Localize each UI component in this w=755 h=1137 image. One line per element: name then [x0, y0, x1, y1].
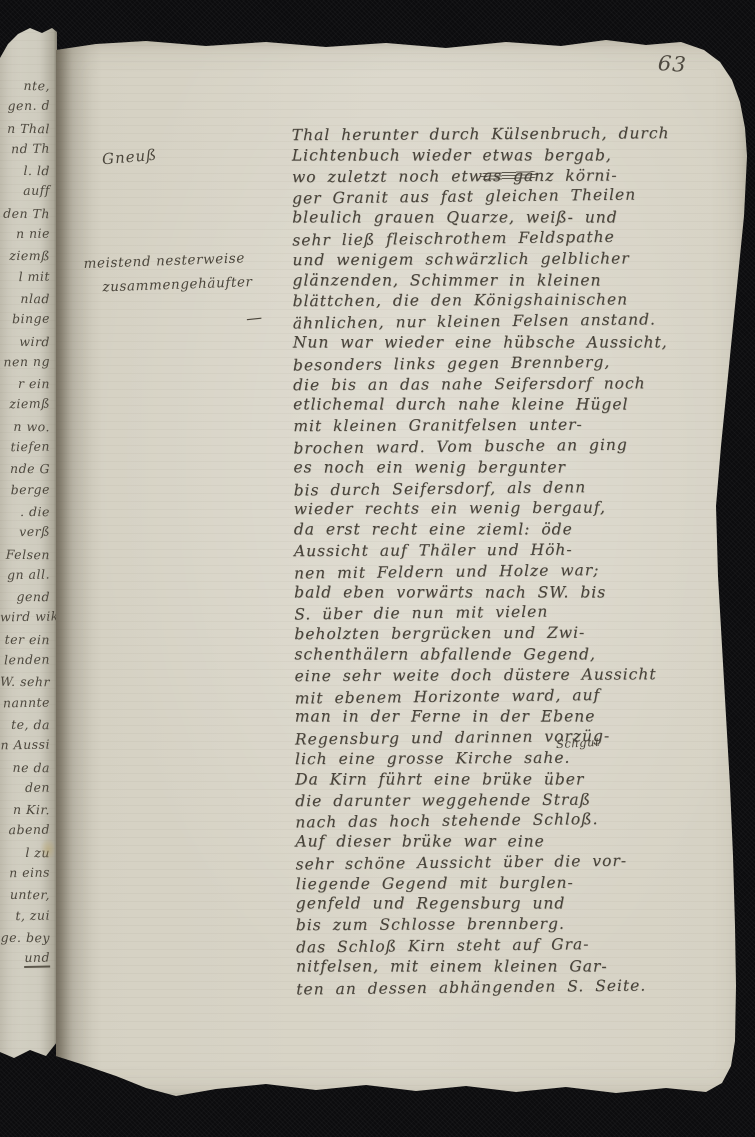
facing-page-fragment: n eins — [0, 862, 50, 884]
scanned-manuscript-photo: { "colors": { "background": "#0c0c0e", "… — [0, 0, 755, 1137]
manuscript-line: etlichemal durch nahe kleine Hügel — [293, 395, 737, 416]
manuscript-line: mit ebenem Horizonte ward, auf — [295, 683, 739, 709]
facing-page-fragment: nen ng — [0, 350, 50, 372]
manuscript-text-block: Thal herunter durch Külsenbruch, durchLi… — [292, 123, 741, 999]
manuscript-line: Thal herunter durch Külsenbruch, durch — [292, 123, 736, 146]
facing-page-fragment: Felsen — [0, 543, 50, 565]
margin-note-gneiss: Gneuß — [101, 146, 158, 169]
facing-page-fragment: abend — [0, 819, 50, 841]
facing-page-fragment: nlad — [0, 288, 50, 310]
manuscript-line: glänzenden, Schimmer in kleinen — [293, 270, 737, 291]
gutter-shadow — [56, 36, 102, 1102]
facing-page-fragment: l mit — [0, 265, 50, 287]
facing-page-fragment: berge — [0, 478, 50, 500]
margin-note-mica: meistend nesterweise zusammengehäufter — [83, 244, 315, 300]
facing-page-line-fragments: nte,gen. dn Thalnd Thl. ldauffden Thn ni… — [0, 74, 50, 968]
facing-page-fragment: den — [0, 776, 50, 798]
manuscript-line: die bis an das nahe Seifersdorf noch — [293, 372, 737, 395]
manuscript-line: und wenigem schwärzlich gelblicher — [292, 248, 736, 271]
folio-number: 63 — [657, 51, 687, 77]
manuscript-line: eine sehr weite doch düstere Aussicht — [295, 664, 739, 687]
facing-page-fragment: l. ld — [0, 160, 50, 182]
facing-page-fragment: gen. d — [0, 95, 50, 117]
manuscript-line: liegende Gegend mit burglen- — [296, 872, 740, 895]
manuscript-line: ger Granit aus fast gleichen Theilen — [292, 184, 736, 210]
manuscript-line: brochen ward. Vom busche an ging — [293, 433, 737, 459]
manuscript-line: wieder rechts ein wenig bergauf, — [294, 497, 738, 520]
facing-page-fragment: gend — [0, 586, 50, 608]
manuscript-line: Da Kirn führt eine brüke über — [295, 769, 739, 790]
manuscript-line: Nun war wieder eine hübsche Aussicht, — [293, 332, 737, 353]
manuscript-line: da erst recht eine zieml: öde — [294, 520, 738, 541]
margin-note-line: meistend nesterweise — [83, 250, 245, 272]
interlinear-insertion: Schgut — [556, 735, 601, 751]
manuscript-line: es noch ein wenig bergunter — [294, 457, 738, 478]
facing-page-fragment: nte, — [0, 75, 50, 97]
facing-page-fragment: den Th — [0, 203, 50, 225]
facing-page-fragment: n Kir. — [0, 799, 50, 821]
manuscript-line: nach das hoch stehende Schloß. — [295, 808, 739, 834]
manuscript-page: 63 Gneuß meistend nesterweise zusammenge… — [56, 36, 748, 1102]
facing-page-fragment: t, zui — [0, 904, 50, 926]
manuscript-line: bis durch Seifersdorf, als denn — [294, 475, 738, 501]
facing-page-fragment: gn all. — [0, 563, 50, 585]
facing-page-fragment: ge. bey — [0, 927, 50, 949]
facing-page-fragment: n Aussi — [0, 734, 50, 756]
manuscript-line: schenthälern abfallende Gegend, — [294, 644, 738, 665]
manuscript-line: beholzten bergrücken und Zwi- — [294, 622, 738, 645]
manuscript-line: ähnlichen, nur kleinen Felsen anstand. — [293, 309, 737, 335]
facing-page-fragment: ziemß — [0, 393, 50, 415]
margin-note-line: zusammengehäufter — [84, 268, 315, 300]
facing-page-fragment: binge — [0, 308, 50, 330]
manuscript-line: Lichtenbuch wieder etwas bergab, — [292, 145, 736, 166]
manuscript-line: lich eine grosse Kirche sahe. — [295, 747, 739, 770]
manuscript-line: genfeld und Regensburg und — [296, 894, 740, 915]
facing-page-fragment: wird — [0, 330, 50, 352]
manuscript-line: ten an dessen abhängenden S. Seite. — [296, 974, 740, 1000]
paper-stain — [40, 838, 56, 860]
facing-page-fragment: te, da — [0, 714, 50, 736]
facing-page-fragment: . die — [0, 501, 50, 523]
facing-page-fragment: verß — [0, 521, 50, 543]
manuscript-line: nen mit Feldern und Holze war; — [294, 558, 738, 584]
facing-page-edge: nte,gen. dn Thalnd Thl. ldauffden Thn ni… — [0, 0, 57, 1137]
facing-page-fragment: unter, — [0, 884, 50, 906]
manuscript-line: das Schloß Kirn steht auf Gra- — [296, 933, 740, 959]
facing-page-fragment: tiefen — [0, 436, 50, 458]
facing-page-fragment: r ein — [0, 373, 50, 395]
facing-page-fragment: ter ein — [0, 628, 50, 650]
facing-page-fragment: nannte — [0, 691, 50, 713]
manuscript-line: nitfelsen, mit einem kleinen Gar- — [296, 956, 740, 977]
facing-page-fragment: W. sehr — [0, 671, 50, 693]
facing-page-fragment: und — [0, 947, 50, 969]
facing-page-fragment: lenden — [0, 649, 50, 671]
facing-page-fragment: auff — [0, 180, 50, 202]
facing-page-fragment: ne da — [0, 756, 50, 778]
facing-page-fragment: nde G — [0, 458, 50, 480]
facing-page-fragment: nd Th — [0, 137, 50, 159]
facing-page-fragment: ziemß — [0, 245, 50, 267]
facing-page-fragment: wird wik — [0, 606, 50, 628]
facing-page-fragment: n nie — [0, 223, 50, 245]
facing-page-fragment: n Thal — [0, 117, 50, 139]
facing-page-fragment: n wo. — [0, 415, 50, 437]
margin-note-dash: — — [245, 307, 267, 328]
